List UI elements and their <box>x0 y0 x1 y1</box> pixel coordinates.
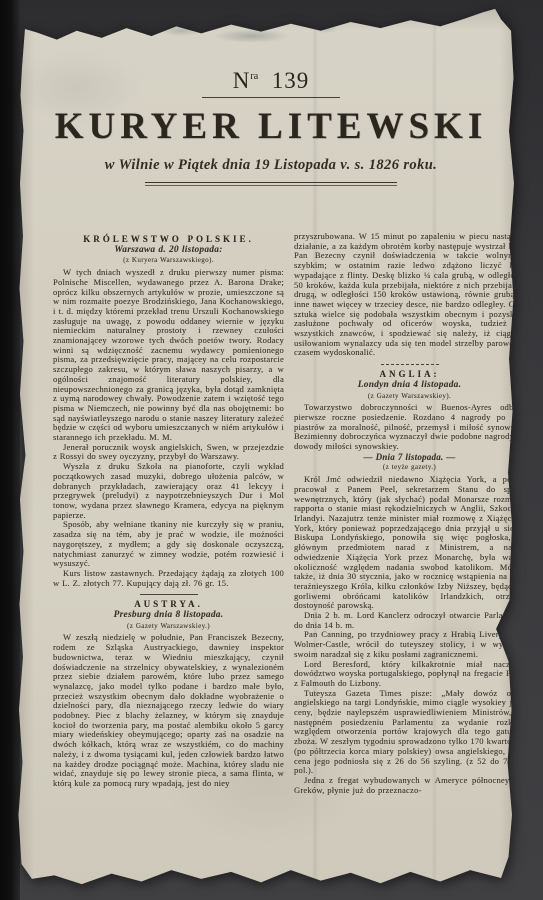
paragraph: Król Jmć odwiedził niedawno Xiążęcia Yor… <box>294 475 525 611</box>
paragraph-continuation: przyszrubowana. W 15 minut po zapaleniu … <box>294 232 525 358</box>
issue-number: Nra 139 <box>37 68 505 94</box>
paragraph: W zeszłą niedzielę w południe, Pan Franc… <box>53 633 284 788</box>
section-divider-rule <box>381 364 439 365</box>
issue-digits: 139 <box>272 68 310 93</box>
paragraph: Wyszła z druku Szkoła na pianoforte, czy… <box>53 462 284 520</box>
sub-source-teyze-gazety: (z teyże gazety.) <box>294 463 525 473</box>
paragraph: Towarzystwo dobroczynności w Buenos-Ayre… <box>294 403 525 452</box>
section-dateline-london: Londyn dnia 4 listopada. <box>294 381 525 391</box>
section-dateline-warszawa: Warszawa d. 20 listopada: <box>53 246 284 256</box>
paragraph: Jenerał porucznik woysk angielskich, Swe… <box>53 443 284 462</box>
masthead-dateline: w Wilnie w Piątek dnia 19 Listopada v. s… <box>37 157 505 174</box>
newspaper-paper-sheet: Nra 139 KURYER LITEWSKI w Wilnie w Piąte… <box>17 8 515 885</box>
paragraph: Lord Beresford, który kilkakrotnie miał … <box>294 660 525 689</box>
section-source-warszawa: (z Kuryera Warszawskiego). <box>53 256 284 266</box>
section-source-presburg: (z Gazety Warszawskiey.) <box>53 622 284 632</box>
double-rule-under-masthead <box>145 182 397 186</box>
column-left: KRÓLEWSTWO POLSKIE. Warszawa d. 20 listo… <box>53 232 284 795</box>
paragraph: Jedna z fregat wybudowanych w Ameryce pó… <box>294 776 525 795</box>
sub-dateline-7-listopada: — Dnia 7 listopada. — <box>294 453 525 463</box>
section-divider-rule <box>140 594 198 595</box>
newspaper-title: KURYER LITEWSKI <box>37 105 505 148</box>
paragraph: Sposób, aby wełniane tkaniny nie kurczył… <box>53 520 284 569</box>
section-heading-england: ANGLIA: <box>294 370 525 380</box>
scanned-newspaper-page: { "colors":{"backdrop":"#38383b","bindin… <box>0 0 543 900</box>
section-dateline-presburg: Presburg dnia 8 listopada. <box>53 611 284 621</box>
section-heading-poland: KRÓLEWSTWO POLSKIE. <box>53 235 284 245</box>
paragraph: Pan Canning, po trzydniowey pracy z Hrab… <box>294 630 525 659</box>
section-source-london: (z Gazety Warszawskiey). <box>294 392 525 402</box>
paragraph: W tych dniach wyszedł z druku pierwszy n… <box>53 268 284 443</box>
rule-under-issue <box>202 97 340 98</box>
paragraph: Kurs listow zastawnych. Przedający żądaj… <box>53 569 284 588</box>
issue-prefix: N <box>233 68 251 93</box>
column-right: przyszrubowana. W 15 minut po zapaleniu … <box>294 232 525 795</box>
paragraph: Dnia 2 b. m. Lord Kanclerz odroczył otwa… <box>294 611 525 630</box>
paper-wrap: Nra 139 KURYER LITEWSKI w Wilnie w Piąte… <box>0 0 543 900</box>
paragraph: Tuteysza Gazeta Times pisze: „Mały dowóz… <box>294 689 525 776</box>
issue-superscript: ra <box>250 71 258 82</box>
article-columns: KRÓLEWSTWO POLSKIE. Warszawa d. 20 listo… <box>53 232 525 795</box>
section-heading-austria: AUSTRYA. <box>53 600 284 610</box>
masthead: Nra 139 KURYER LITEWSKI w Wilnie w Piąte… <box>37 68 505 186</box>
